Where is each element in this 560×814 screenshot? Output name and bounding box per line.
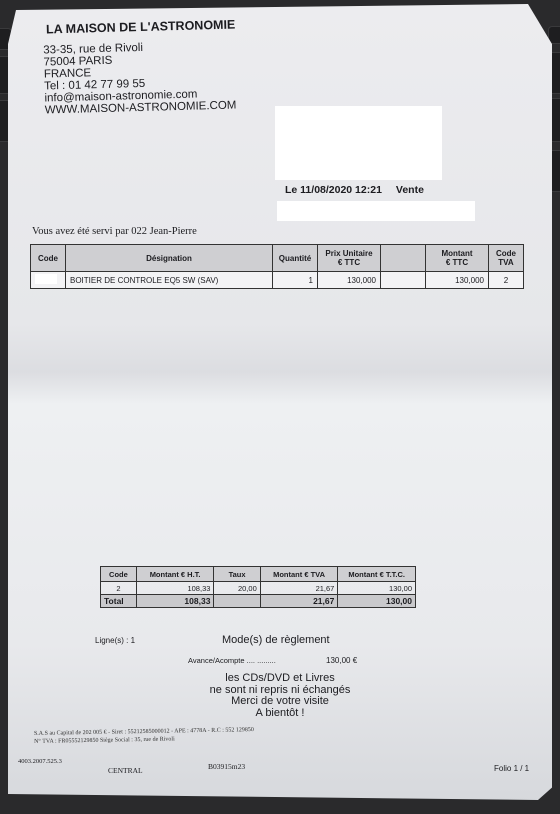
item-prix-unitaire: 130,000 [318,272,381,289]
items-header-row: Code Désignation Quantité Prix Unitaire … [31,245,524,272]
col-blank [381,245,426,272]
total-taux [214,595,260,608]
footer-line: les CDs/DVD et Livres [190,673,370,685]
col-montant: Montant € TTC [426,245,489,272]
folio: Folio 1 / 1 [494,764,529,773]
item-code-tva: 2 [489,272,524,289]
payment-modes-title: Mode(s) de règlement [222,634,330,646]
item-blank [381,272,426,289]
col-quantite: Quantité [273,245,318,272]
col-code: Code [101,567,137,582]
vat-taux: 20,00 [214,582,260,595]
ref-right: B03915m23 [208,762,245,771]
total-row: Total 108,33 21,67 130,00 [101,595,416,608]
total-ttc: 130,00 [338,595,416,608]
shop-address: 33-35, rue de Rivoli 75004 PARIS FRANCE … [43,40,236,117]
item-montant: 130,000 [426,272,489,289]
item-quantite: 1 [273,272,318,289]
col-montant-ht: Montant € H.T. [136,567,214,582]
total-ht: 108,33 [136,595,214,608]
vat-ht: 108,33 [136,582,214,595]
ref-center: CENTRAL [108,766,143,775]
table-row: BOITIER DE CONTROLE EQ5 SW (SAV) 1 130,0… [31,272,524,289]
item-code [31,272,66,289]
redacted-receipt-number [277,201,475,221]
col-prix-unitaire: Prix Unitaire € TTC [318,245,381,272]
col-code-tva: Code TVA [489,245,524,272]
payment-method: Avance/Acompte .... ......... [188,656,276,665]
receipt-type: Vente [396,184,424,196]
redacted-customer-block [275,106,442,180]
payment-amount: 130,00 € [326,656,357,665]
footer-message: les CDs/DVD et Livres ne sont ni repris … [190,673,370,719]
served-by: Vous avez été servi par 022 Jean-Pierre [32,226,197,237]
vat-code: 2 [101,582,137,595]
footer-line: Merci de votre visite [190,696,370,708]
ref-left: 4003.2007.525.3 [18,758,62,765]
col-montant-tva: Montant € TVA [260,567,338,582]
vat-ttc: 130,00 [338,582,416,595]
total-tva: 21,67 [260,595,338,608]
col-code: Code [31,245,66,272]
items-table: Code Désignation Quantité Prix Unitaire … [30,244,524,289]
item-designation: BOITIER DE CONTROLE EQ5 SW (SAV) [66,272,273,289]
col-designation: Désignation [66,245,273,272]
receipt-date: Le 11/08/2020 12:21 [285,184,382,196]
totals-header-row: Code Montant € H.T. Taux Montant € TVA M… [101,567,416,582]
col-montant-ttc: Montant € T.T.C. [338,567,416,582]
col-taux: Taux [214,567,260,582]
line-count: Ligne(s) : 1 [95,636,135,645]
receipt-date-line: Le 11/08/2020 12:21Vente [285,184,438,196]
total-label: Total [101,595,137,608]
vat-tva: 21,67 [260,582,338,595]
vat-totals-table: Code Montant € H.T. Taux Montant € TVA M… [100,566,416,608]
footer-line: A bientôt ! [190,708,370,720]
table-row: 2 108,33 20,00 21,67 130,00 [101,582,416,595]
